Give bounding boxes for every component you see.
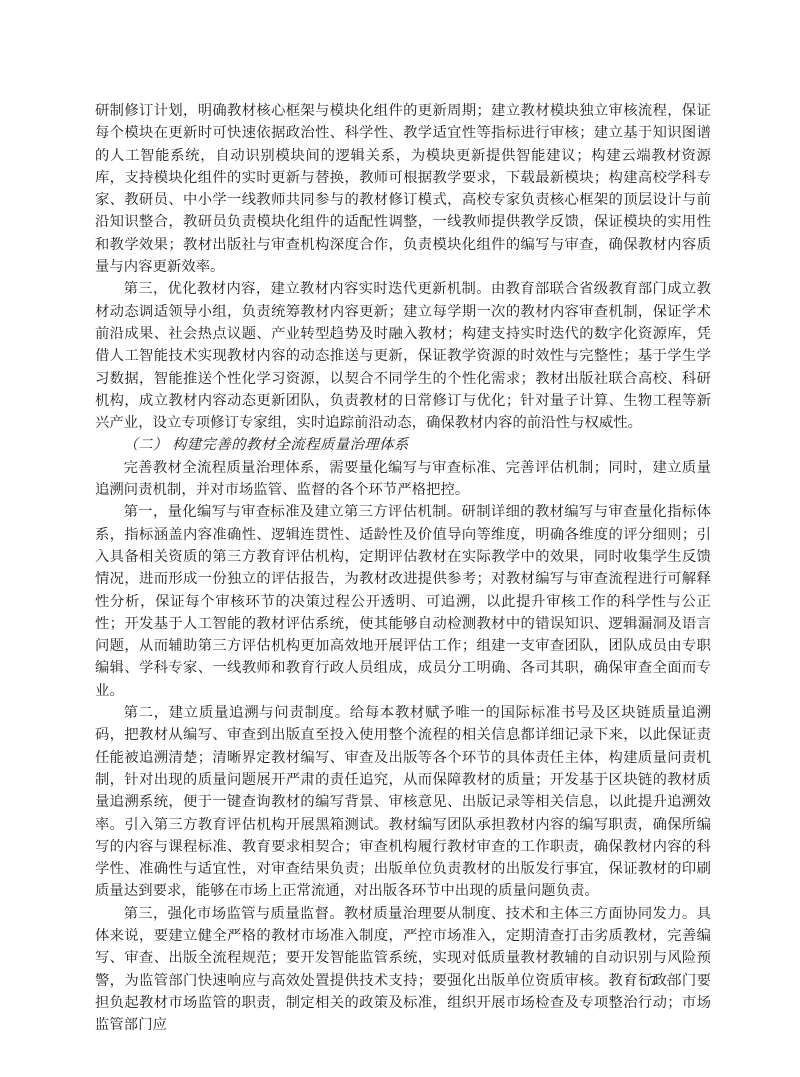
paragraph-second-point: 第二，建立质量追溯与问责制度。给每本教材赋予唯一的国际标准书号及区块链质量追溯码… [95, 702, 711, 903]
paragraph-governance-intro: 完善教材全流程质量治理体系，需要量化编写与审查标准、完善评估机制；同时，建立质量… [95, 457, 711, 502]
page-number: · 57 · [626, 973, 716, 989]
paragraph-first-point: 第一，量化编写与审查标准及建立第三方评估机制。研制详细的教材编写与审查量化指标体… [95, 501, 711, 702]
paragraph-content-update: 第三，优化教材内容，建立教材内容实时迭代更新机制。由教育部联合省级教育部门成立教… [95, 278, 711, 434]
section-heading: （二） 构建完善的教材全流程质量治理体系 [95, 434, 711, 456]
document-page: 研制修订计划，明确教材核心框架与模块化组件的更新周期；建立教材模块独立审核流程，… [0, 0, 800, 1077]
paragraph-third-point: 第三，强化市场监管与质量监督。教材质量治理要从制度、技术和主体三方面协同发力。具… [95, 903, 711, 1037]
paragraph-continuation: 研制修订计划，明确教材核心框架与模块化组件的更新周期；建立教材模块独立审核流程，… [95, 100, 711, 278]
article-body: 研制修订计划，明确教材核心框架与模块化组件的更新周期；建立教材模块独立审核流程，… [95, 100, 711, 1036]
